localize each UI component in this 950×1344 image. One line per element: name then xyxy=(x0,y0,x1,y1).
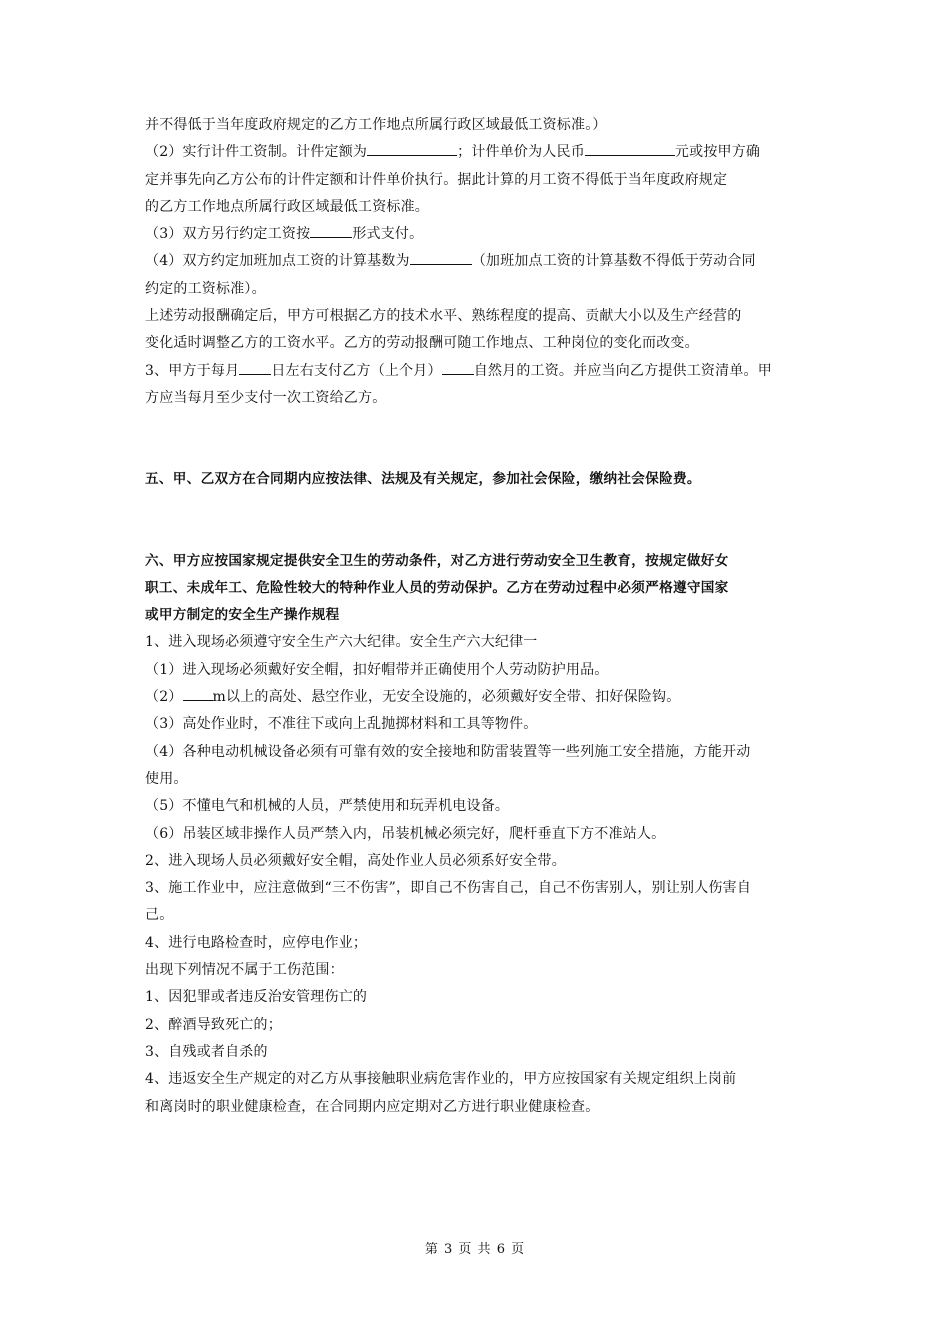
piece-rate-line: （2）实行计件工资制。计件定额为；计件单价为人民币元或按甲方确 xyxy=(145,139,807,166)
page-content: 并不得低于当年度政府规定的乙方工作地点所属行政区域最低工资标准。） （2）实行计… xyxy=(145,112,807,1121)
sub-rule-6: （6）吊装区域非操作人员严禁入内，吊装机械必须完好，爬杆垂直下方不准站人。 xyxy=(145,821,807,848)
pay-month-blank[interactable] xyxy=(442,362,474,375)
spacer xyxy=(145,412,807,466)
text-line: 上述劳动报酬确定后，甲方可根据乙方的技术水平、熟练程度的提高、贡献大小以及生产经… xyxy=(145,303,807,330)
rule-3: 3、施工作业中，应注意做到“三不伤害”，即自己不伤害自己，自己不伤害别人，别让别… xyxy=(145,875,807,902)
text-line: 定并事先向乙方公布的计件定额和计件单价执行。据此计算的月工资不得低于当年度政府规… xyxy=(145,167,807,194)
section-6-heading: 六、甲方应按国家规定提供安全卫生的劳动条件，对乙方进行劳动安全卫生教育，按规定做… xyxy=(145,548,807,575)
overtime-line: （4）双方约定加班加点工资的计算基数为（加班加点工资的计算基数不得低于劳动合同 xyxy=(145,248,807,275)
pay-date-line: 3、甲方于每月日左右支付乙方（上个月）自然月的工资。并应当向乙方提供工资清单。甲 xyxy=(145,358,807,385)
exclusion-item: 3、自残或者自杀的 xyxy=(145,1039,807,1066)
overtime-base-blank[interactable] xyxy=(410,252,472,265)
piece-price-blank[interactable] xyxy=(585,143,675,156)
sub-rule-4: （4）各种电动机械设备必须有可靠有效的安全接地和防雷装置等一些列施工安全措施，方… xyxy=(145,739,807,766)
exclusion-item: 1、因犯罪或者违反治安管理伤亡的 xyxy=(145,984,807,1011)
sub-rule-5: （5）不懂电气和机械的人员，严禁使用和玩弄机电设备。 xyxy=(145,793,807,820)
sub-rule-2: （2）m以上的高处、悬空作业，无安全设施的，必须戴好安全带、扣好保险钩。 xyxy=(145,684,807,711)
rule-2: 2、进入现场人员必须戴好安全帽，高处作业人员必须系好安全带。 xyxy=(145,848,807,875)
rule-last: 和离岗时的职业健康检查，在合同期内应定期对乙方进行职业健康检查。 xyxy=(145,1094,807,1121)
text-line: 的乙方工作地点所属行政区域最低工资标准。 xyxy=(145,194,807,221)
page-number: 第 3 页 共 6 页 xyxy=(0,1238,950,1257)
piece-quota-blank[interactable] xyxy=(367,143,457,156)
rule-3: 己。 xyxy=(145,902,807,929)
height-blank[interactable] xyxy=(183,688,213,701)
rule-last: 4、违返安全生产规定的对乙方从事接触职业病危害作业的，甲方应按国家有关规定组织上… xyxy=(145,1066,807,1093)
other-wage-line: （3）双方另行约定工资按形式支付。 xyxy=(145,221,807,248)
text-line: 变化适时调整乙方的工资水平。乙方的劳动报酬可随工作地点、工种岗位的变化而改变。 xyxy=(145,330,807,357)
document-page: 并不得低于当年度政府规定的乙方工作地点所属行政区域最低工资标准。） （2）实行计… xyxy=(0,0,950,1344)
text-line: 约定的工资标准）。 xyxy=(145,276,807,303)
exclusions-title: 出现下列情况不属于工伤范围： xyxy=(145,957,807,984)
payment-form-blank[interactable] xyxy=(310,225,352,238)
text-line: 并不得低于当年度政府规定的乙方工作地点所属行政区域最低工资标准。） xyxy=(145,112,807,139)
section-6-heading: 职工、未成年工、危险性较大的特种作业人员的劳动保护。乙方在劳动过程中必须严格遵守… xyxy=(145,575,807,602)
sub-rule-3: （3）高处作业时，不准往下或向上乱抛掷材料和工具等物件。 xyxy=(145,711,807,738)
rule-4: 4、进行电路检查时，应停电作业； xyxy=(145,930,807,957)
section-5-heading: 五、甲、乙双方在合同期内应按法律、法规及有关规定，参加社会保险，缴纳社会保险费。 xyxy=(145,466,807,493)
sub-rule-4: 使用。 xyxy=(145,766,807,793)
rule-1: 1、进入现场必须遵守安全生产六大纪律。安全生产六大纪律一 xyxy=(145,629,807,656)
text-line: 方应当每月至少支付一次工资给乙方。 xyxy=(145,385,807,412)
spacer xyxy=(145,494,807,548)
section-6-heading: 或甲方制定的安全生产操作规程 xyxy=(145,602,807,629)
pay-day-blank[interactable] xyxy=(239,362,271,375)
sub-rule-1: （1）进入现场必须戴好安全帽，扣好帽带并正确使用个人劳动防护用品。 xyxy=(145,657,807,684)
exclusion-item: 2、醉酒导致死亡的； xyxy=(145,1012,807,1039)
